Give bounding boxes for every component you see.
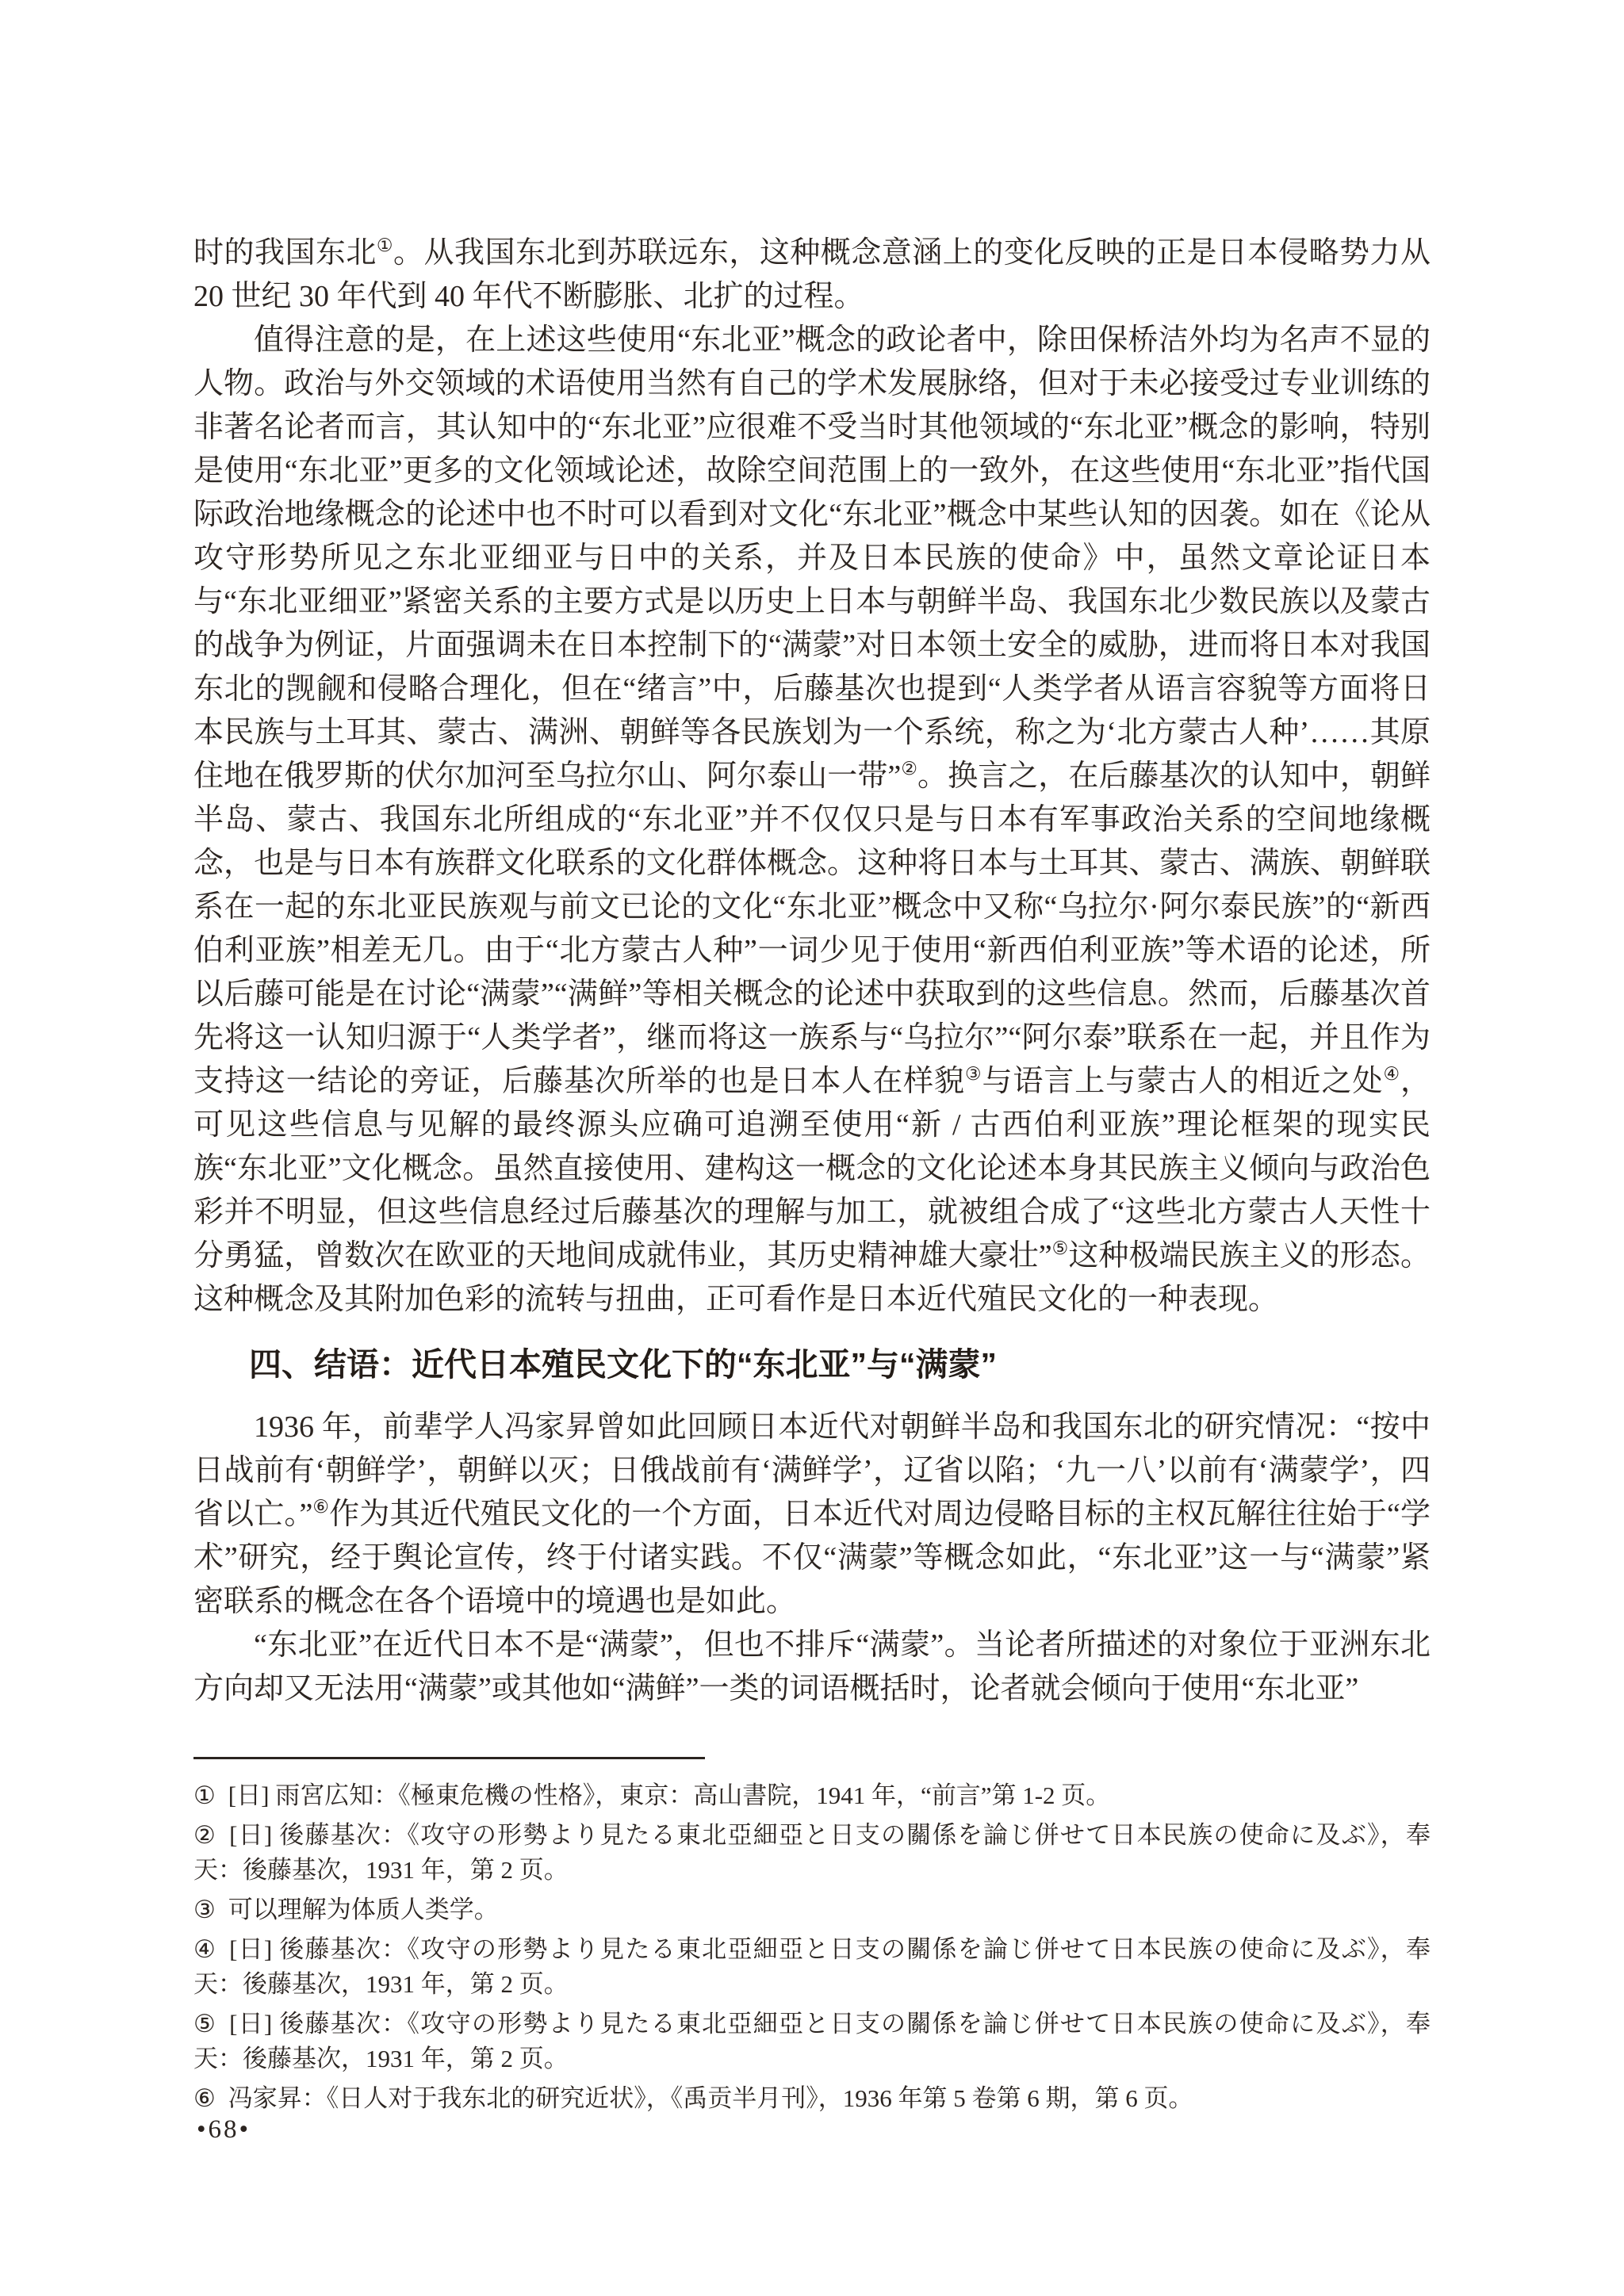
section-text-block: 1936 年，前辈学人冯家昇曾如此回顾日本近代对朝鲜半岛和我国东北的研究情况：“… (193, 1406, 1431, 1711)
paragraph: “东北亚”在近代日本不是“满蒙”，但也不排斥“满蒙”。当论者所描述的对象位于亚洲… (193, 1624, 1431, 1711)
document-page: 时的我国东北①。从我国东北到苏联远东，这种概念意涵上的变化反映的正是日本侵略势力… (0, 0, 1624, 2296)
footnote-text: [日] 後藤基次：《攻守の形勢より見たる東北亞細亞と日支の關係を論じ併せて日本民… (193, 2010, 1431, 2072)
footnote-text: [日] 後藤基次：《攻守の形勢より見たる東北亞細亞と日支の關係を論じ併せて日本民… (193, 1935, 1431, 1998)
footnote-text: 冯家昇：《日人对于我东北的研究近状》，《禹贡半月刊》，1936 年第 5 卷第 … (228, 2084, 1193, 2112)
footnotes-area: ①[日] 雨宮広知：《極東危機の性格》，東京：高山書院，1941 年，“前言”第… (193, 1757, 1431, 2116)
footnote-list: ①[日] 雨宮広知：《極東危機の性格》，東京：高山書院，1941 年，“前言”第… (193, 1778, 1431, 2116)
footnote-text: [日] 雨宮広知：《極東危機の性格》，東京：高山書院，1941 年，“前言”第 … (228, 1781, 1111, 1809)
page-number: •68• (197, 2115, 251, 2145)
footnote-marker: ⑤ (193, 2010, 216, 2038)
footnote-ref: ⑤ (1052, 1238, 1069, 1259)
footnote-marker: ① (193, 1781, 216, 1810)
footnote-marker: ⑥ (193, 2084, 216, 2113)
footnote-ref: ⑥ (312, 1497, 329, 1517)
footnote-item: ⑥冯家昇：《日人对于我东北的研究近状》，《禹贡半月刊》，1936 年第 5 卷第… (193, 2081, 1431, 2116)
footnote-ref: ① (377, 235, 393, 256)
footnote-separator (193, 1757, 705, 1759)
body-text-block: 时的我国东北①。从我国东北到苏联远东，这种概念意涵上的变化反映的正是日本侵略势力… (193, 232, 1431, 1322)
footnote-item: ④[日] 後藤基次：《攻守の形勢より見たる東北亞細亞と日支の關係を論じ併せて日本… (193, 1932, 1431, 2002)
footnote-marker: ③ (193, 1896, 216, 1924)
footnote-text: [日] 後藤基次：《攻守の形勢より見たる東北亞細亞と日支の關係を論じ併せて日本民… (193, 1821, 1431, 1884)
footnote-item: ②[日] 後藤基次：《攻守の形勢より見たる東北亞細亞と日支の關係を論じ併せて日本… (193, 1818, 1431, 1888)
footnote-text: 可以理解为体质人类学。 (228, 1896, 499, 1923)
footnote-item: ①[日] 雨宮広知：《極東危機の性格》，東京：高山書院，1941 年，“前言”第… (193, 1778, 1431, 1813)
footnote-ref: ③ (965, 1064, 982, 1085)
footnote-marker: ④ (193, 1935, 216, 1964)
footnote-ref: ② (901, 759, 917, 779)
paragraph: 1936 年，前辈学人冯家昇曾如此回顾日本近代对朝鲜半岛和我国东北的研究情况：“… (193, 1406, 1431, 1624)
footnote-item: ③可以理解为体质人类学。 (193, 1892, 1431, 1927)
footnote-marker: ② (193, 1821, 216, 1850)
footnote-item: ⑤[日] 後藤基次：《攻守の形勢より見たる東北亞細亞と日支の關係を論じ併せて日本… (193, 2007, 1431, 2076)
paragraph: 值得注意的是，在上述这些使用“东北亚”概念的政论者中，除田保桥洁外均为名声不显的… (193, 319, 1431, 1322)
paragraph: 时的我国东北①。从我国东北到苏联远东，这种概念意涵上的变化反映的正是日本侵略势力… (193, 232, 1431, 319)
page-content: 时的我国东北①。从我国东北到苏联远东，这种概念意涵上的变化反映的正是日本侵略势力… (193, 232, 1431, 2121)
section-heading: 四、结语：近代日本殖民文化下的“东北亚”与“满蒙” (193, 1341, 1431, 1388)
footnote-ref: ④ (1383, 1064, 1400, 1085)
